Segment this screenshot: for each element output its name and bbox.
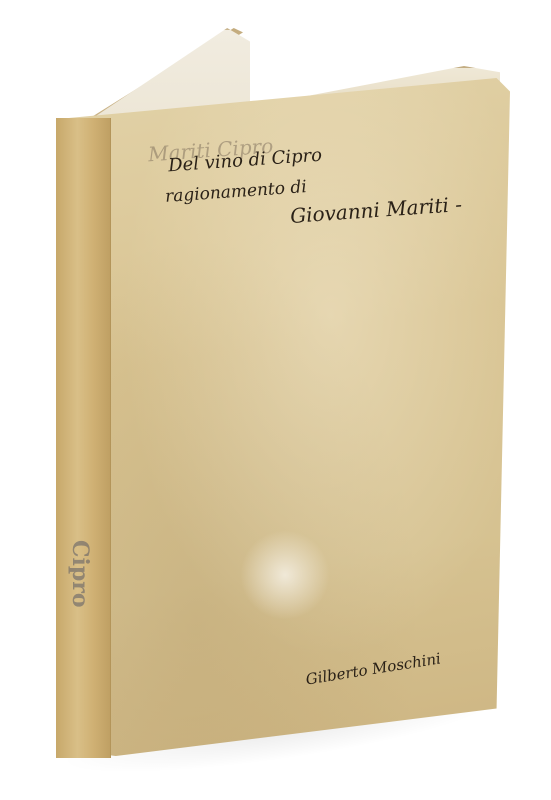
book-spine [56, 118, 111, 758]
book-photo: Cipro Mariti Cipro Del vino di Cipro rag… [0, 0, 551, 800]
spine-label: Cipro [50, 540, 110, 600]
